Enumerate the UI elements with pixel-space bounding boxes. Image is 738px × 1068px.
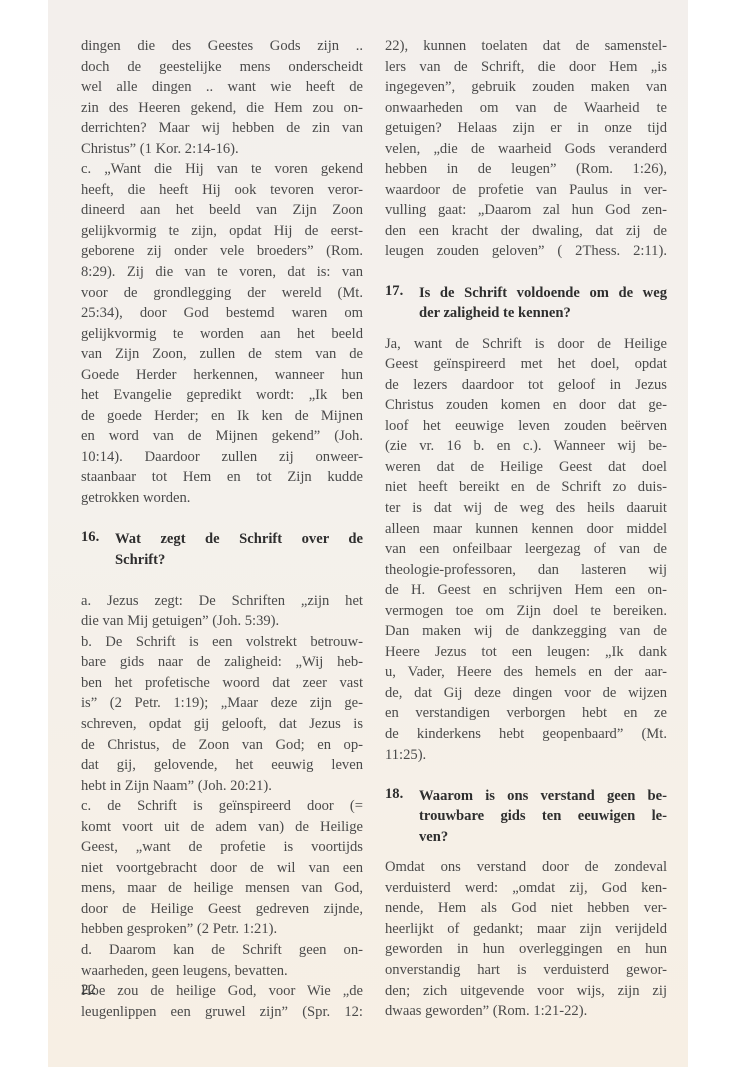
question-number: 16.: [81, 529, 115, 570]
text-line: de, dat Gij deze dingen voor de wijzen: [385, 683, 667, 704]
text-line: hebt in Zijn Naam” (Joh. 20:21).: [81, 776, 363, 797]
text-line: onwaarheden om van de Waarheid te: [385, 98, 667, 119]
spacer: [81, 509, 363, 530]
spacer: [81, 570, 363, 591]
text-line: velen, „die de waarheid Gods veranderd: [385, 139, 667, 160]
text-line: alleen maar kunnen kennen door middel: [385, 519, 667, 540]
text-line: c. „Want die Hij van te voren gekend: [81, 159, 363, 180]
text-line: d. Daarom kan de Schrift geen on-: [81, 940, 363, 961]
text-line: Hoe zou de heilige God, voor Wie „de: [81, 981, 363, 1002]
question-number: 18.: [385, 786, 419, 848]
text-line: niet heeft bereikt en de Schrift zo duis…: [385, 477, 667, 498]
text-line: derrichten? Maar wij hebben de zin van: [81, 118, 363, 139]
heading-line: Is de Schrift voldoende om de weg: [419, 283, 667, 304]
answer-16-paragraph: a. Jezus zegt: De Schriften „zijn het di…: [81, 591, 363, 1022]
spacer: [385, 262, 667, 283]
text-line: en verstandigen verborgen hebt en ze: [385, 703, 667, 724]
text-line: lers van de Schrift, die door Hem „is: [385, 57, 667, 78]
text-line: komt voort uit de adem van) de Heilige: [81, 817, 363, 838]
text-line: ben het profetische woord dat zeer vast: [81, 673, 363, 694]
text-line: wel alle dingen .. want wie heeft de: [81, 77, 363, 98]
text-line: doch de geestelijke mens onderscheidt: [81, 57, 363, 78]
text-line: bare gids naar de zaligheid: „Wij heb-: [81, 652, 363, 673]
text-line: 11:25).: [385, 745, 667, 766]
text-line: vulling gaat: „Daarom zal hun God zen-: [385, 200, 667, 221]
text-line: dingen die des Geestes Gods zijn ..: [81, 36, 363, 57]
text-line: staanbaar tot Hem en tot Zijn kudde: [81, 467, 363, 488]
continuation-paragraph: dingen die des Geestes Gods zijn .. doch…: [81, 36, 363, 159]
text-line: door de Heilige Geest gedreven zijnde,: [81, 899, 363, 920]
left-column: dingen die des Geestes Gods zijn .. doch…: [81, 36, 363, 1022]
spacer: [385, 324, 667, 334]
text-line: loof het eeuwige leven zouden beërven: [385, 416, 667, 437]
text-line: nende, Hem als God niet hebben ver-: [385, 898, 667, 919]
text-line: a. Jezus zegt: De Schriften „zijn het: [81, 591, 363, 612]
text-line: van Zijn Zoon, zullen de stem van de: [81, 344, 363, 365]
text-line: dineerd aan het beeld van Zijn Zoon: [81, 200, 363, 221]
text-line: dat gij, gelovende, het eeuwig leven: [81, 755, 363, 776]
question-17-heading: 17. Is de Schrift voldoende om de weg de…: [385, 283, 667, 324]
text-line: 10:14). Daardoor zullen zij onweer-: [81, 447, 363, 468]
text-line: theologie-professoren, dan lasteren wij: [385, 560, 667, 581]
text-line: geworden in hun overleggingen en hun: [385, 939, 667, 960]
text-line: die van Mij getuigen” (Joh. 5:39).: [81, 611, 363, 632]
text-line: niet voortgebracht door de wil van een: [81, 858, 363, 879]
text-line: hebben gesproken” (2 Petr. 1:21).: [81, 919, 363, 940]
question-18-heading: 18. Waarom is ons verstand geen be- trou…: [385, 786, 667, 848]
heading-line: trouwbare gids ten eeuwigen le-: [419, 806, 667, 827]
text-line: Geest, „want de profetie is voortijds: [81, 837, 363, 858]
text-line: getrokken worden.: [81, 488, 363, 509]
text-line: Christus” (1 Kor. 2:14-16).: [81, 139, 363, 160]
continuation-paragraph: 22), kunnen toelaten dat de samenstel- l…: [385, 36, 667, 262]
heading-line: ven?: [419, 827, 667, 848]
text-line: 25:34), door God bestemd waren om: [81, 303, 363, 324]
heading-line: Waarom is ons verstand geen be-: [419, 786, 667, 807]
text-line: de goede Herder; en Ik ken de Mijnen: [81, 406, 363, 427]
question-16-heading: 16. Wat zegt de Schrift over de Schrift?: [81, 529, 363, 570]
text-line: de Christus, de Zoon van God; en op-: [81, 735, 363, 756]
text-line: de lezers daardoor tot geloof in Jezus: [385, 375, 667, 396]
text-line: 22), kunnen toelaten dat de samenstel-: [385, 36, 667, 57]
text-line: geborene zij onder vele broeders” (Rom.: [81, 241, 363, 262]
text-line: hebben in de leugen” (Rom. 1:26),: [385, 159, 667, 180]
text-line: onverstandig hart is verduisterd gewor-: [385, 960, 667, 981]
text-line: en word van de Mijnen gekend” (Joh.: [81, 426, 363, 447]
text-line: dwaas geworden” (Rom. 1:21-22).: [385, 1001, 667, 1022]
text-line: c. de Schrift is geïnspireerd door (=: [81, 796, 363, 817]
answer-17-paragraph: Ja, want de Schrift is door de Heilige G…: [385, 334, 667, 765]
text-line: gelijkvormig te worden aan het beeld: [81, 324, 363, 345]
text-line: Goede Herder herkennen, wanneer hun: [81, 365, 363, 386]
text-line: mens, maar de heilige mensen van God,: [81, 878, 363, 899]
question-number: 17.: [385, 283, 419, 324]
text-line: zin des Heeren gekend, die Hem zou on-: [81, 98, 363, 119]
spacer: [385, 765, 667, 786]
right-column: 22), kunnen toelaten dat de samenstel- l…: [385, 36, 667, 1022]
text-line: Omdat ons verstand door de zondeval: [385, 857, 667, 878]
heading-line: Schrift?: [115, 550, 363, 571]
text-line: weren dat de Heilige Geest dat doel: [385, 457, 667, 478]
text-line: ter is dat wij de weg des heils daaruit: [385, 498, 667, 519]
spacer: [385, 847, 667, 857]
text-line: Geest geïnspireerd met het doel, opdat: [385, 354, 667, 375]
text-line: den een kracht der dwaling, dat zij de: [385, 221, 667, 242]
heading-line: Wat zegt de Schrift over de: [115, 529, 363, 550]
text-line: gelijkvormig te zijn, opdat Hij de eerst…: [81, 221, 363, 242]
text-line: waardoor de profetie van Paulus in ver-: [385, 180, 667, 201]
text-line: waarheden, geen leugens, bevatten.: [81, 961, 363, 982]
text-line: (zie vr. 16 b. en c.). Wanneer wij be-: [385, 436, 667, 457]
page-number: 22: [81, 982, 96, 999]
book-page: dingen die des Geestes Gods zijn .. doch…: [48, 0, 688, 1067]
text-line: heerlijkt of gedankt; maar zijn verijdel…: [385, 919, 667, 940]
text-line: Ja, want de Schrift is door de Heilige: [385, 334, 667, 355]
text-line: de H. Geest en schrijven Hem een on-: [385, 580, 667, 601]
text-line: vermogen toe om Zijn doel te bereiken.: [385, 601, 667, 622]
text-line: schreven, opdat gij gelooft, dat Jezus i…: [81, 714, 363, 735]
text-line: van een onfeilbaar leergezag of van de: [385, 539, 667, 560]
answer-18-paragraph: Omdat ons verstand door de zondeval verd…: [385, 857, 667, 1021]
text-line: Heere Jezus tot een leugen: „Ik dank: [385, 642, 667, 663]
text-line: verduisterd werd: „omdat zij, God ken-: [385, 878, 667, 899]
text-line: ingegeven”, gebruik zouden maken van: [385, 77, 667, 98]
text-line: voor de grondlegging der wereld (Mt.: [81, 283, 363, 304]
item-c-paragraph: c. „Want die Hij van te voren gekend hee…: [81, 159, 363, 508]
text-line: b. De Schrift is een volstrekt betrouw-: [81, 632, 363, 653]
text-line: het Evangelie gepredikt wordt: „Ik ben: [81, 385, 363, 406]
text-line: den; zich uitgevende voor wijs, zijn zij: [385, 981, 667, 1002]
text-line: leugenlippen een gruwel zijn” (Spr. 12:: [81, 1002, 363, 1023]
text-line: is” (2 Petr. 1:19); „Maar deze zijn ge-: [81, 693, 363, 714]
heading-line: der zaligheid te kennen?: [419, 303, 667, 324]
text-line: de kinderkens hebt geopenbaard” (Mt.: [385, 724, 667, 745]
text-line: heeft, die heeft Hij ook tevoren veror-: [81, 180, 363, 201]
text-line: u, Vader, Heere des hemels en der aar-: [385, 662, 667, 683]
text-line: Christus zouden komen en door dat ge-: [385, 395, 667, 416]
text-line: leugen zouden geloven” ( 2Thess. 2:11).: [385, 241, 667, 262]
text-line: Dan maken wij de dankzegging van de: [385, 621, 667, 642]
text-line: 8:29). Zij die van te voren, dat is: van: [81, 262, 363, 283]
text-line: getuigen? Helaas zijn er in onze tijd: [385, 118, 667, 139]
